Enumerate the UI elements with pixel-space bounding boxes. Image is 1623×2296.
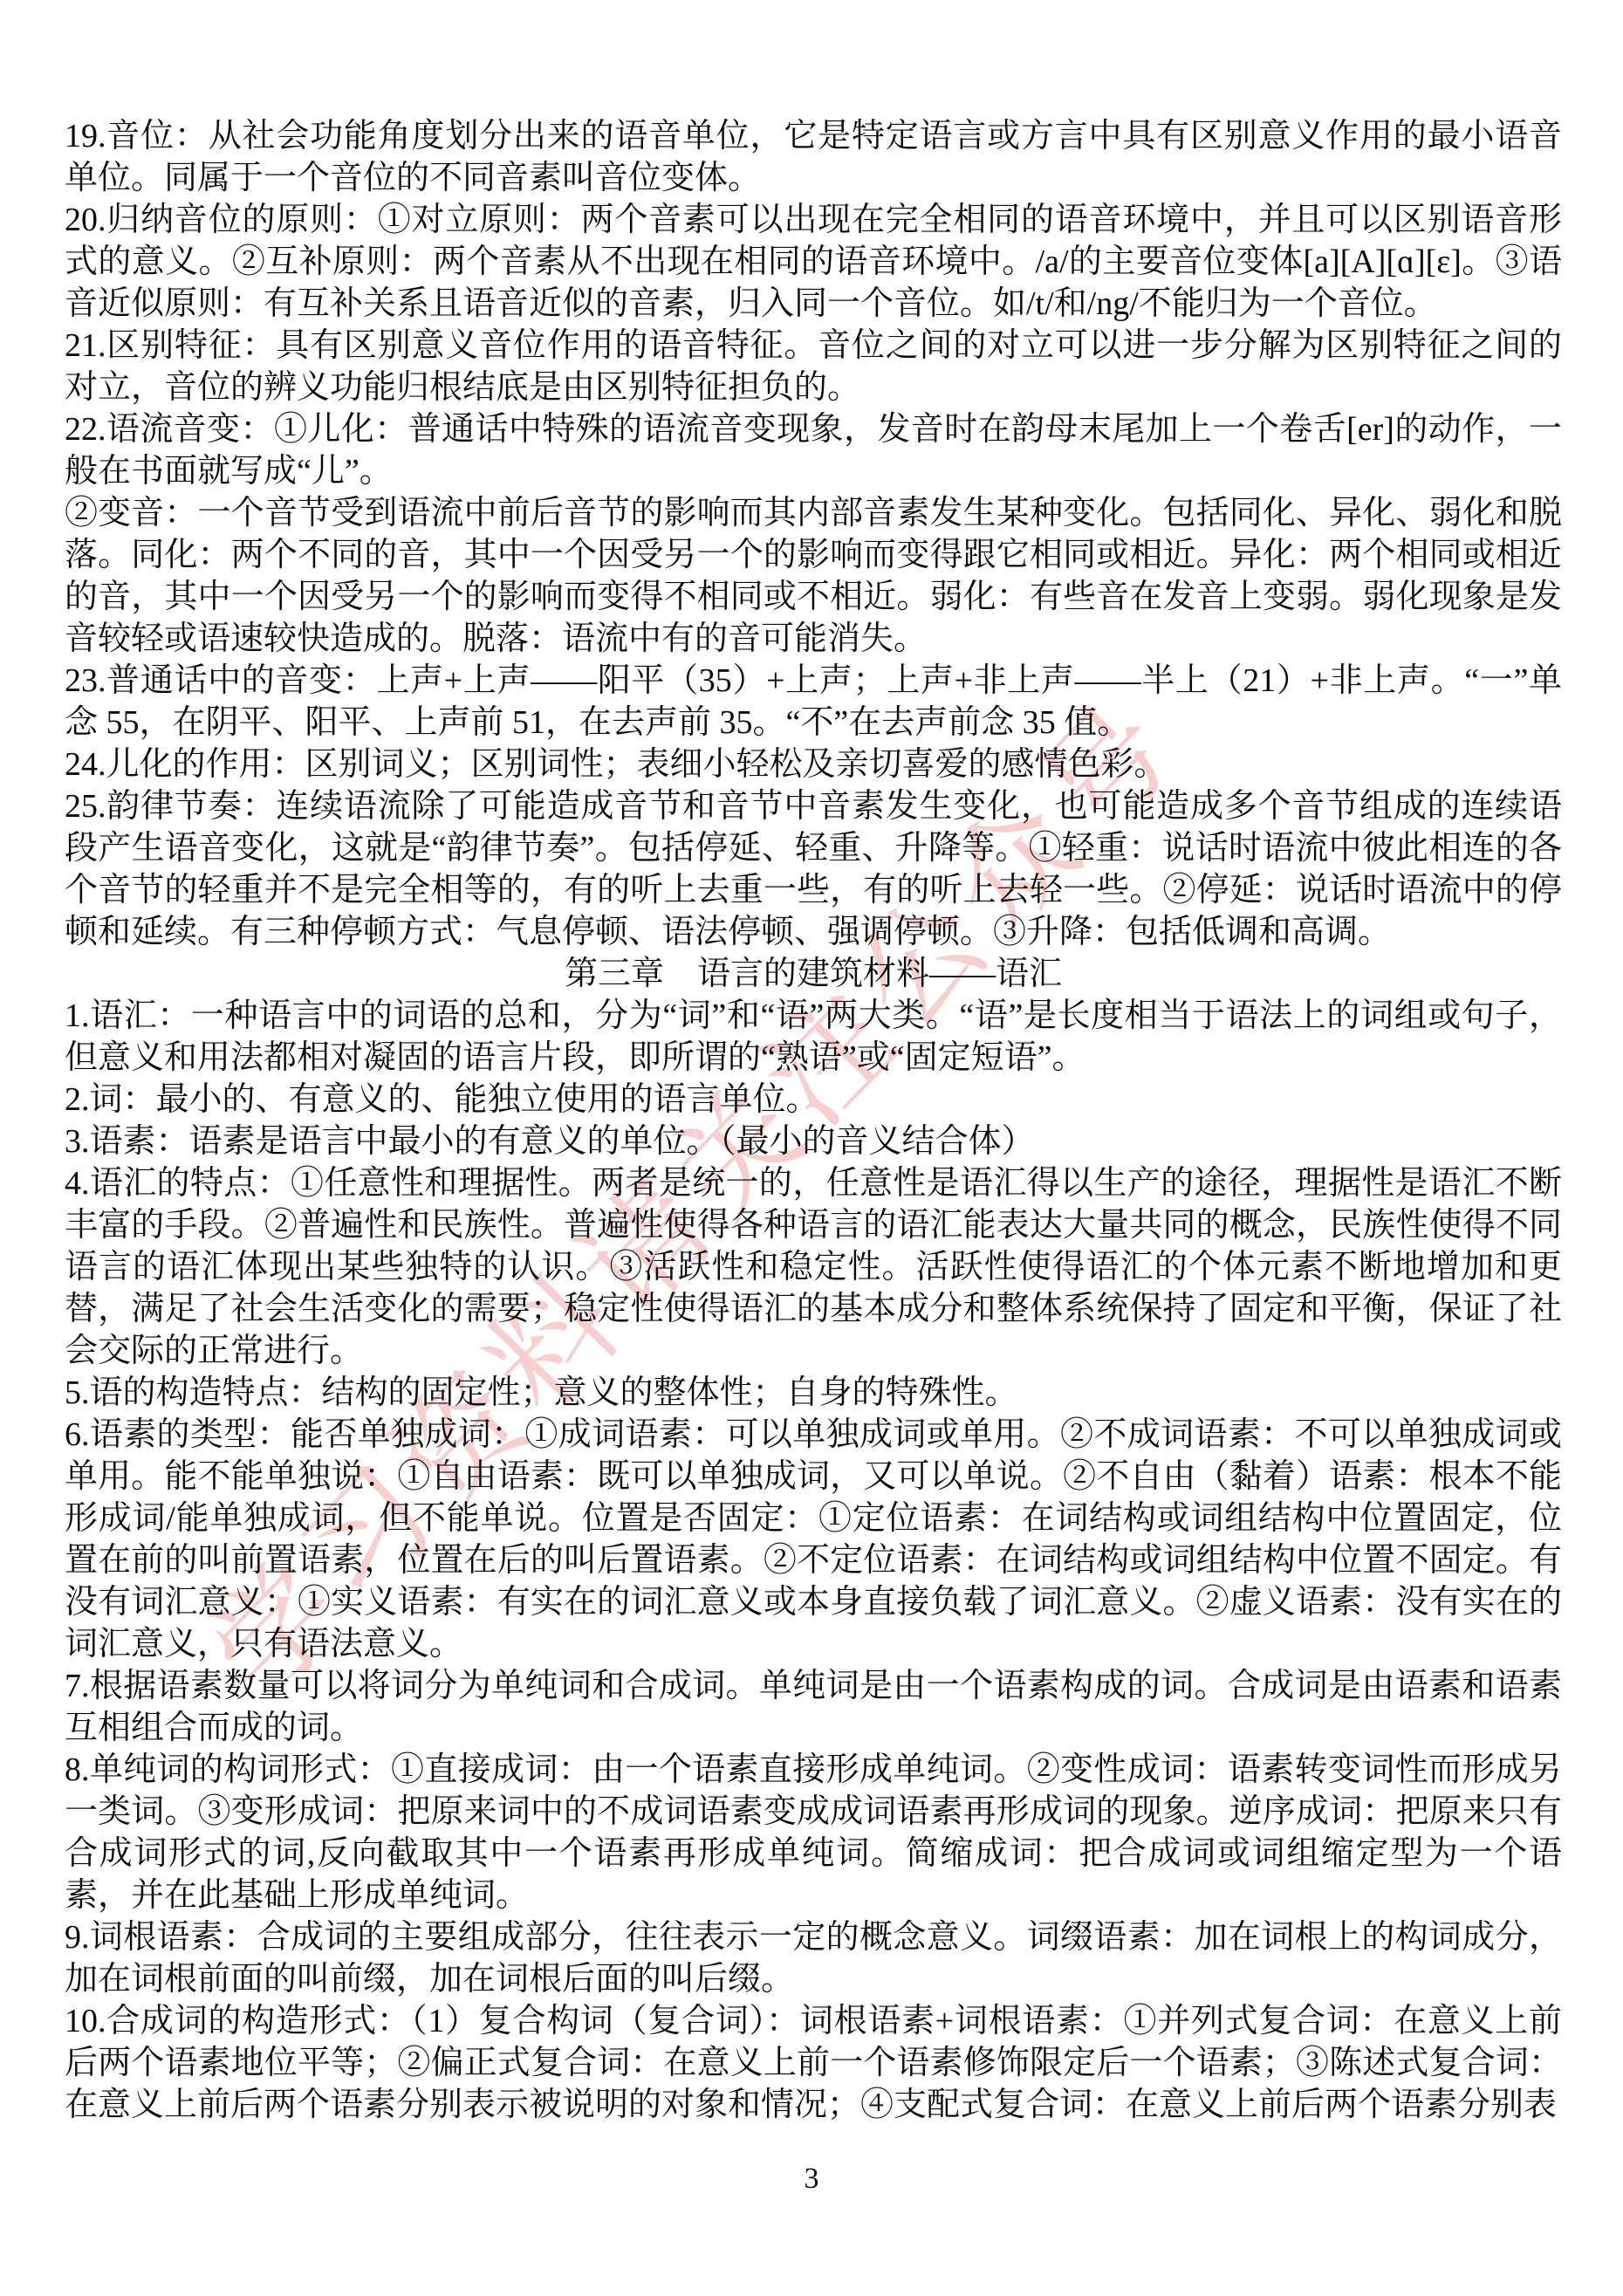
document-content: 19.音位：从社会功能角度划分出来的语音单位，它是特定语言或方言中具有区别意义作… (65, 115, 1562, 2126)
paragraph: 21.区别特征：具有区别意义音位作用的语音特征。音位之间的对立可以进一步分解为区… (65, 325, 1562, 408)
paragraph: 8.单纯词的构词形式：①直接成词：由一个语素直接形成单纯词。②变性成词：语素转变… (65, 1749, 1562, 1916)
paragraph: 9.词根语素：合成词的主要组成部分，往往表示一定的概念意义。词缀语素：加在词根上… (65, 1916, 1562, 2000)
paragraph: ②变音：一个音节受到语流中前后音节的影响而其内部音素发生某种变化。包括同化、异化… (65, 492, 1562, 660)
chapter-heading: 第三章 语言的建筑材料——语汇 (65, 953, 1562, 995)
paragraph: 6.语素的类型：能否单独成词：①成词语素：可以单独成词或单用。②不成词语素：不可… (65, 1414, 1562, 1665)
paragraph: 1.语汇：一种语言中的词语的总和，分为“词”和“语”两大类。“语”是长度相当于语… (65, 995, 1562, 1079)
paragraph: 19.音位：从社会功能角度划分出来的语音单位，它是特定语言或方言中具有区别意义作… (65, 115, 1562, 199)
document-page: 学习资料请关注公众号 19.音位：从社会功能角度划分出来的语音单位，它是特定语言… (0, 0, 1623, 2296)
paragraph: 2.词：最小的、有意义的、能独立使用的语言单位。 (65, 1079, 1562, 1121)
paragraph: 7.根据语素数量可以将词分为单纯词和合成词。单纯词是由一个语素构成的词。合成词是… (65, 1665, 1562, 1749)
paragraph: 3.语素：语素是语言中最小的有意义的单位。（最小的音义结合体） (65, 1121, 1562, 1162)
paragraph: 4.语汇的特点：①任意性和理据性。两者是统一的，任意性是语汇得以生产的途径，理据… (65, 1162, 1562, 1372)
paragraph: 20.归纳音位的原则：①对立原则：两个音素可以出现在完全相同的语音环境中，并且可… (65, 199, 1562, 325)
paragraph: 22.语流音变：①儿化：普通话中特殊的语流音变现象，发音时在韵母末尾加上一个卷舌… (65, 408, 1562, 492)
paragraph: 5.语的构造特点：结构的固定性；意义的整体性；自身的特殊性。 (65, 1372, 1562, 1414)
paragraph: 24.儿化的作用：区别词义；区别词性；表细小轻松及亲切喜爱的感情色彩。 (65, 744, 1562, 785)
paragraph: 23.普通话中的音变：上声+上声——阳平（35）+上声；上声+非上声——半上（2… (65, 660, 1562, 744)
page-number: 3 (0, 2162, 1623, 2196)
paragraph: 25.韵律节奏：连续语流除了可能造成音节和音节中音素发生变化，也可能造成多个音节… (65, 785, 1562, 953)
paragraph: 10.合成词的构造形式：（1）复合构词（复合词）：词根语素+词根语素：①并列式复… (65, 2000, 1562, 2126)
